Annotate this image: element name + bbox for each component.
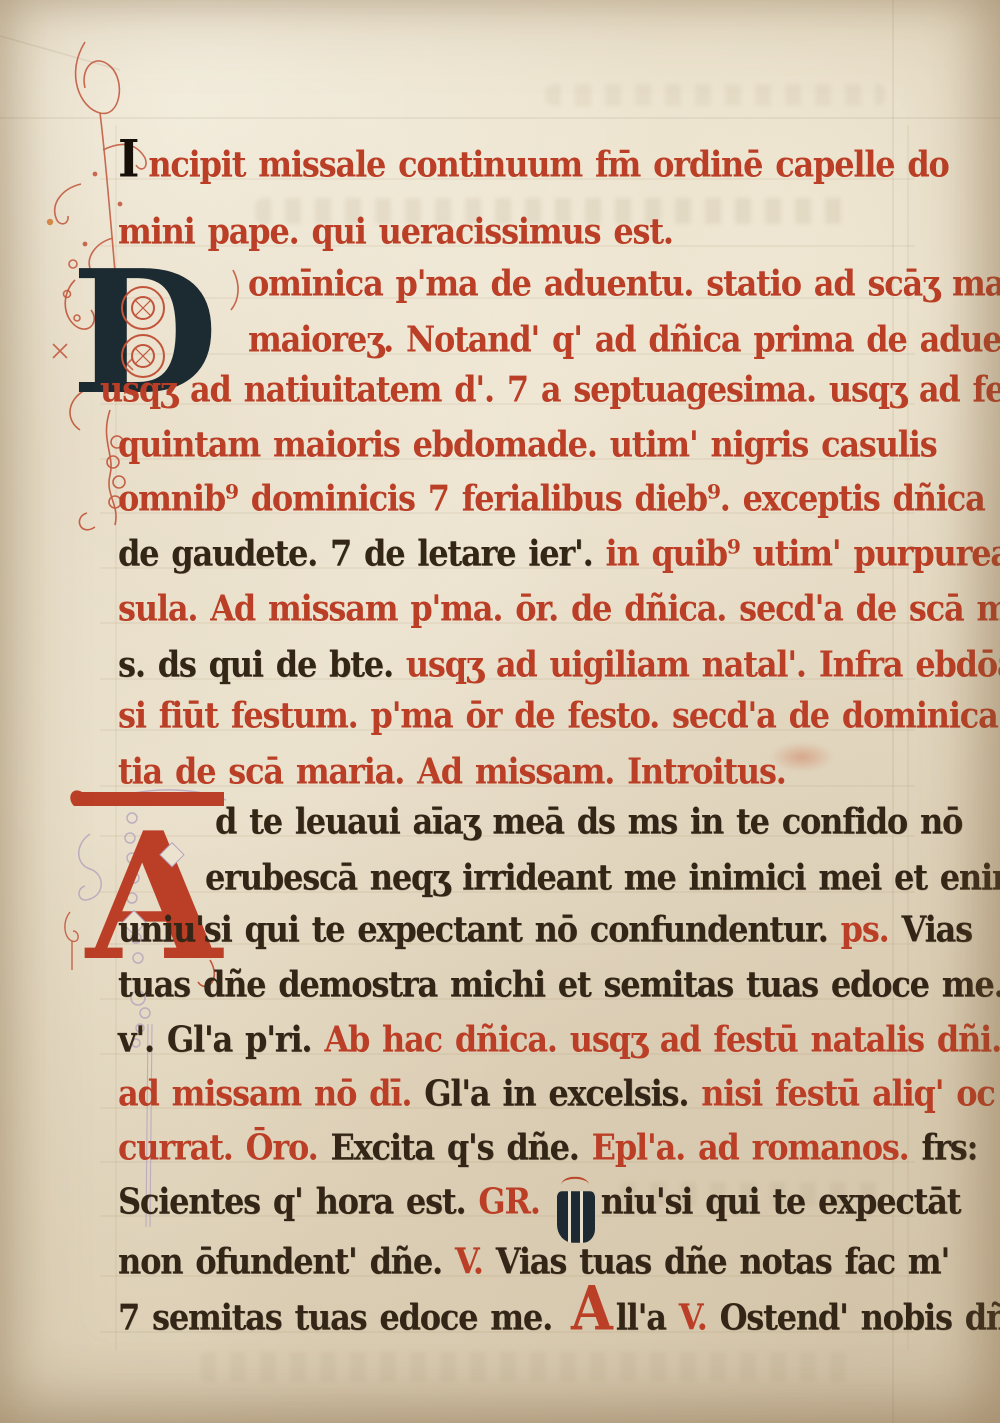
line-segment: d te leuaui aīaʒ meā ds ms in te confido… [215, 800, 962, 843]
line-segment: uniu'si qui te expectant nō confundentur… [118, 908, 841, 951]
line-segment: usqʒ ad uigiliam natal'. Infra ebdōaʒ [406, 643, 1000, 686]
incipit-initial-letter: I [118, 128, 138, 188]
line-segment: Vias tuas dñe notas fac m' [496, 1240, 949, 1283]
text-line-10: s. ds qui de bte. usqʒ ad uigiliam natal… [118, 643, 1000, 686]
line-segment: maioreʒ. Notand' q' ad dñica prima de ad… [248, 318, 1000, 361]
line-segment: ad missam nō dī. [118, 1072, 424, 1115]
line-segment: Excita q's dñe. [330, 1126, 591, 1169]
line-segment: Epl'a. ad romanos. [592, 1126, 922, 1169]
line-segment: sula. Ad missam p'ma. ōr. de dñica. secd… [118, 587, 1000, 630]
manuscript-page: D A Incipit missale cont [0, 0, 1000, 1423]
line-segment: omnib⁹ dominicis 7 ferialibus dieb⁹. exc… [118, 477, 985, 520]
line-segment: tia de scā maria. Ad missam. Introitus. [118, 750, 786, 793]
line-segment: s. ds qui de bte. [118, 643, 406, 686]
line-segment: v'. Gl'a p'ri. [118, 1018, 324, 1061]
orange-penwork-dot [47, 219, 53, 225]
line-segment: Ab hac dñica. usqʒ ad festū natalis dñi. [324, 1018, 1000, 1061]
line-segment: 7 semitas tuas edoce me. [118, 1296, 565, 1339]
text-line-6: quintam maioris ebdomade. utim' nigris c… [118, 423, 937, 466]
line-segment: usqʒ ad natiuitatem d'. 7 a septuagesima… [100, 368, 1000, 411]
line-segment: Ostend' nobis dñe [720, 1296, 1000, 1339]
text-line-19: currat. Ōro. Excita q's dñe. Epl'a. ad r… [118, 1126, 977, 1169]
red-margin-curl [65, 912, 78, 970]
line-segment: GR. [478, 1180, 552, 1223]
line-segment: de gaudete. 7 de letare ier'. [118, 532, 606, 575]
text-line-17: v'. Gl'a p'ri. Ab hac dñica. usqʒ ad fes… [118, 1018, 1000, 1061]
initial-u-letter: U [557, 1191, 595, 1243]
text-line-2: mini pape. qui ueracissimus est. [118, 210, 673, 253]
line-segment: frs: [922, 1126, 978, 1169]
line-segment: quintam maioris ebdomade. utim' nigris c… [118, 423, 937, 466]
line-segment: Scientes q' hora est. [118, 1180, 478, 1223]
line-segment: niu'si qui te expectāt [601, 1180, 961, 1223]
text-line-16: tuas dñe demostra michi et semitas tuas … [118, 963, 1000, 1006]
line-segment: ncipit missale continuum fm̄ ordinē cape… [148, 143, 948, 186]
text-line-7: omnib⁹ dominicis 7 ferialibus dieb⁹. exc… [118, 477, 985, 520]
text-line-4: maioreʒ. Notand' q' ad dñica prima de ad… [248, 318, 1000, 361]
line-segment: omīnica p'ma de aduentu. statio ad scāʒ … [248, 262, 1000, 305]
line-segment: tuas dñe demostra michi et semitas tuas … [118, 963, 1000, 1006]
line-segment: V. [679, 1296, 720, 1339]
alleluia-initial-letter: A [571, 1272, 612, 1344]
text-line-22: 7 semitas tuas edoce me. All'a V. Ostend… [118, 1296, 1000, 1339]
line-segment: mini pape. qui ueracissimus est. [118, 210, 673, 253]
line-segment: ps. [841, 908, 902, 951]
line-segment: si fiūt festum. p'ma ōr de festo. secd'a… [118, 694, 1000, 737]
text-line-18: ad missam nō dī. Gl'a in excelsis. nisi … [118, 1072, 995, 1115]
text-line-15: uniu'si qui te expectant nō confundentur… [118, 908, 972, 951]
line-segment: ll'a [616, 1296, 679, 1339]
text-line-1: Incipit missale continuum fm̄ ordinē cap… [118, 143, 949, 186]
line-segment: Gl'a in excelsis. [424, 1072, 701, 1115]
text-line-5: usqʒ ad natiuitatem d'. 7 a septuagesima… [100, 368, 1000, 411]
text-line-9: sula. Ad missam p'ma. ōr. de dñica. secd… [118, 587, 1000, 630]
text-line-3: omīnica p'ma de aduentu. statio ad scāʒ … [248, 262, 1000, 305]
text-line-12: tia de scā maria. Ad missam. Introitus. [118, 750, 786, 793]
line-segment: Vias [902, 908, 972, 951]
line-segment: currat. Ōro. [118, 1126, 330, 1169]
initial-a-top-bar [70, 790, 224, 806]
text-line-8: de gaudete. 7 de letare ier'. in quib⁹ u… [118, 532, 1000, 575]
line-segment: in quib⁹ utim' purpurea ca [606, 532, 1000, 575]
line-segment: V. [455, 1240, 496, 1283]
text-line-14: erubescā neqʒ irrideant me inimici mei e… [205, 856, 1000, 899]
line-segment: erubescā neqʒ irrideant me inimici mei e… [205, 856, 1000, 899]
text-line-21: non ōfundent' dñe. V. Vias tuas dñe nota… [118, 1240, 949, 1283]
line-segment: nisi festū aliq' oc [701, 1072, 994, 1115]
text-line-11: si fiūt festum. p'ma ōr de festo. secd'a… [118, 694, 1000, 737]
text-line-20: Scientes q' hora est. GR. Uniu'si qui te… [118, 1180, 960, 1243]
line-segment: non ōfundent' dñe. [118, 1240, 455, 1283]
text-line-13: d te leuaui aīaʒ meā ds ms in te confido… [215, 800, 962, 843]
